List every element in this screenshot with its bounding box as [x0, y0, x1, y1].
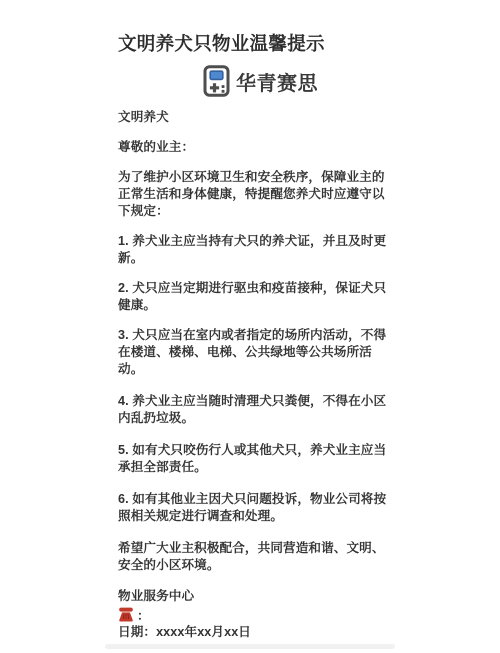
- brand-row: 华青赛思: [203, 65, 392, 97]
- rule-item-2: 2. 犬只应当定期进行驱虫和疫苗接种，保证犬只健康。: [118, 280, 392, 314]
- phone-line: ：: [118, 605, 392, 623]
- rule-item-1: 1. 养犬业主应当持有犬只的养犬证，并且及时更新。: [118, 233, 392, 267]
- notice-page: 文明养犬只物业温馨提示 华青赛思 文明养犬 尊敬的业主： 为了维护小区环境卫生和…: [0, 0, 500, 653]
- notice-content: 文明养犬只物业温馨提示 华青赛思 文明养犬 尊敬的业主： 为了维护小区环境卫生和…: [118, 32, 392, 641]
- rule-item-3: 3. 犬只应当在室内或者指定的场所内活动，不得在楼道、楼梯、电梯、公共绿地等公共…: [118, 327, 392, 378]
- salutation: 尊敬的业主：: [118, 139, 392, 156]
- closing-paragraph: 希望广大业主积极配合，共同营造和谐、文明、安全的小区环境。: [118, 540, 392, 574]
- date-line: 日期：xxxx年xx月xx日: [118, 624, 392, 641]
- telephone-icon: [118, 607, 134, 622]
- handheld-console-icon: [203, 65, 230, 97]
- intro-paragraph: 为了维护小区环境卫生和安全秩序，保障业主的正常生活和身体健康，特提醒您养犬时应遵…: [118, 169, 392, 220]
- signature: 物业服务中心: [118, 588, 392, 605]
- rule-item-5: 5. 如有犬只咬伤行人或其他犬只，养犬业主应当承担全部责任。: [118, 442, 392, 476]
- rule-item-6: 6. 如有其他业主因犬只问题投诉，物业公司将按照相关规定进行调查和处理。: [118, 491, 392, 525]
- rule-item-4: 4. 养犬业主应当随时清理犬只粪便，不得在小区内乱扔垃圾。: [118, 393, 392, 427]
- notice-subject: 文明养犬: [118, 109, 392, 126]
- phone-colon: ：: [137, 605, 150, 624]
- page-title: 文明养犬只物业温馨提示: [118, 32, 392, 56]
- bottom-shadow-divider: [105, 644, 395, 649]
- brand-name: 华青赛思: [236, 67, 318, 96]
